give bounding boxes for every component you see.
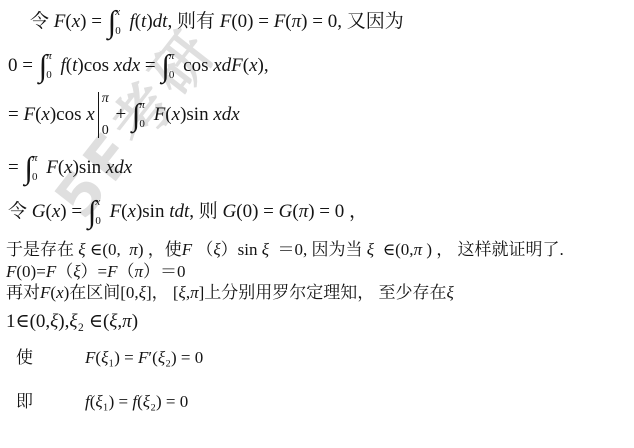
formula-line-result-integral: = ∫π0 F(x)sin xdx <box>8 152 632 184</box>
text-run: F(x)sin tdt, 则 G(0) = G(π) = 0 ， <box>105 201 368 223</box>
solution-document: 5F考研 令 F(x) = ∫x0 f(t)dt, 则有 F(0) = F(π)… <box>0 0 634 448</box>
formula-line-define-G: 令 G(x) = ∫x0 F(x)sin tdt, 则 G(0) = G(π) … <box>8 196 632 228</box>
text-line-exists-xi: 于是存在 ξ ∈(0, π) ，使F （ξ）sin ξ ＝0, 因为当 ξ ∈(… <box>6 240 632 260</box>
evaluation-bar: π0 <box>98 92 109 138</box>
text-run: f(ξ₁) = f(ξ₂) = 0 <box>85 392 188 412</box>
text-run: F(x)sin xdx <box>149 104 240 126</box>
text-run: 令 G(x) = <box>8 201 87 223</box>
text-run: + <box>111 104 131 126</box>
text-line-rolle: 再对F(x)在区间[0,ξ]， [ξ,π]上分别用罗尔定理知， 至少存在ξ <box>6 283 632 303</box>
integral-sign: ∫π0 <box>132 99 148 131</box>
text-run: 即 <box>16 392 33 412</box>
text-run: F(x)sin xdx <box>41 157 132 179</box>
formula-line-xi1-xi2: 1∈(0,ξ),ξ₂ ∈(ξ,π) <box>6 311 632 333</box>
text-run: 令 F(x) = <box>30 11 107 33</box>
text-run: 再对F(x)在区间[0,ξ]， [ξ,π]上分别用罗尔定理知， 至少存在ξ <box>6 283 454 303</box>
text-run: 于是存在 ξ ∈(0, π) ，使F （ξ）sin ξ ＝0, 因为当 ξ ∈(… <box>6 240 564 260</box>
text-run: = <box>8 157 23 179</box>
text-run: f(t)dt, 则有 F(0) = F(π) = 0, 又因为 <box>125 11 404 33</box>
text-run: = F(x)cos x <box>8 104 95 126</box>
integral-sign: ∫π0 <box>161 50 177 82</box>
integral-sign: ∫π0 <box>39 50 55 82</box>
formula-line-zero-integral: 0 = ∫π0 f(t)cos xdx = ∫π0 cos xdF(x), <box>8 50 632 82</box>
text-run: f(t)cos xdx = <box>56 55 161 77</box>
text-run: F(ξ₁) = F′(ξ₂) = 0 <box>85 348 203 368</box>
formula-line-f-zero: 即f(ξ₁) = f(ξ₂) = 0 <box>16 392 632 412</box>
integral-glyph: ∫ <box>88 196 97 227</box>
integral-glyph: ∫ <box>24 152 33 183</box>
integral-glyph: ∫ <box>161 50 170 81</box>
integral-sign: ∫x0 <box>108 6 124 38</box>
formula-line-integration-by-parts: = F(x)cos xπ0 + ∫π0 F(x)sin xdx <box>8 92 632 138</box>
solution-content: 令 F(x) = ∫x0 f(t)dt, 则有 F(0) = F(π) = 0,… <box>6 6 632 412</box>
formula-line-F-prime: 使F(ξ₁) = F′(ξ₂) = 0 <box>16 348 632 368</box>
text-line-F-values: F(0)=F（ξ）=F（π）＝0 <box>6 262 632 282</box>
text-run: cos xdF(x), <box>178 55 268 77</box>
text-run: 使 <box>16 348 33 368</box>
integral-sign: ∫π0 <box>24 152 40 184</box>
integral-sign: ∫x0 <box>88 196 104 228</box>
integral-glyph: ∫ <box>39 50 48 81</box>
text-run: 0 = <box>8 55 38 77</box>
integral-glyph: ∫ <box>108 6 117 37</box>
formula-line-define-F: 令 F(x) = ∫x0 f(t)dt, 则有 F(0) = F(π) = 0,… <box>30 6 632 38</box>
text-run: 1∈(0,ξ),ξ₂ ∈(ξ,π) <box>6 311 138 333</box>
text-run: F(0)=F（ξ）=F（π）＝0 <box>6 262 186 282</box>
integral-glyph: ∫ <box>132 99 141 130</box>
